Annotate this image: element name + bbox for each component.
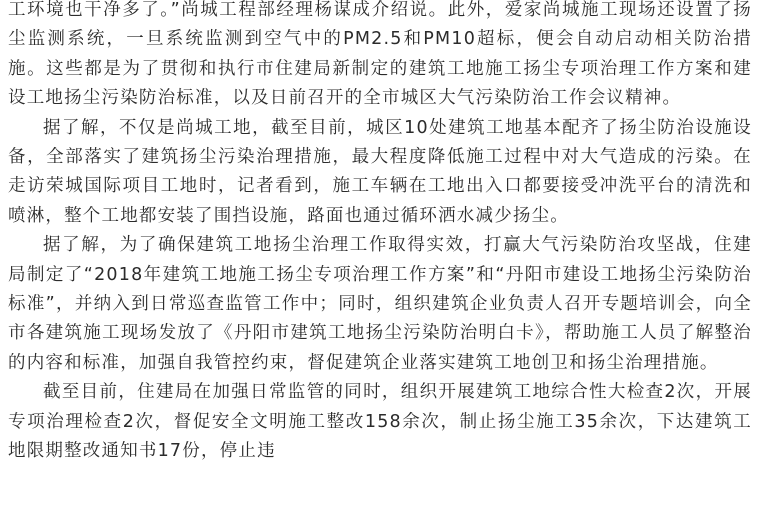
paragraph-governance-plan: 据了解，为了确保建筑工地扬尘治理工作取得实效，打赢大气污染防治攻坚战，住建局制定… [8, 231, 752, 378]
article-body: 工环境也干净多了。”尚城工程部经理杨谋成介绍说。此外，爱家尚城施工现场还设置了扬… [8, 0, 752, 467]
paragraph-dust-monitoring: 工环境也干净多了。”尚城工程部经理杨谋成介绍说。此外，爱家尚城施工现场还设置了扬… [8, 0, 752, 114]
paragraph-construction-sites: 据了解，不仅是尚城工地，截至目前，城区10处建筑工地基本配齐了扬尘防治设施设备，… [8, 114, 752, 232]
paragraph-inspection-results: 截至目前，住建局在加强日常监管的同时，组织开展建筑工地综合性大检查2次，开展专项… [8, 378, 752, 466]
